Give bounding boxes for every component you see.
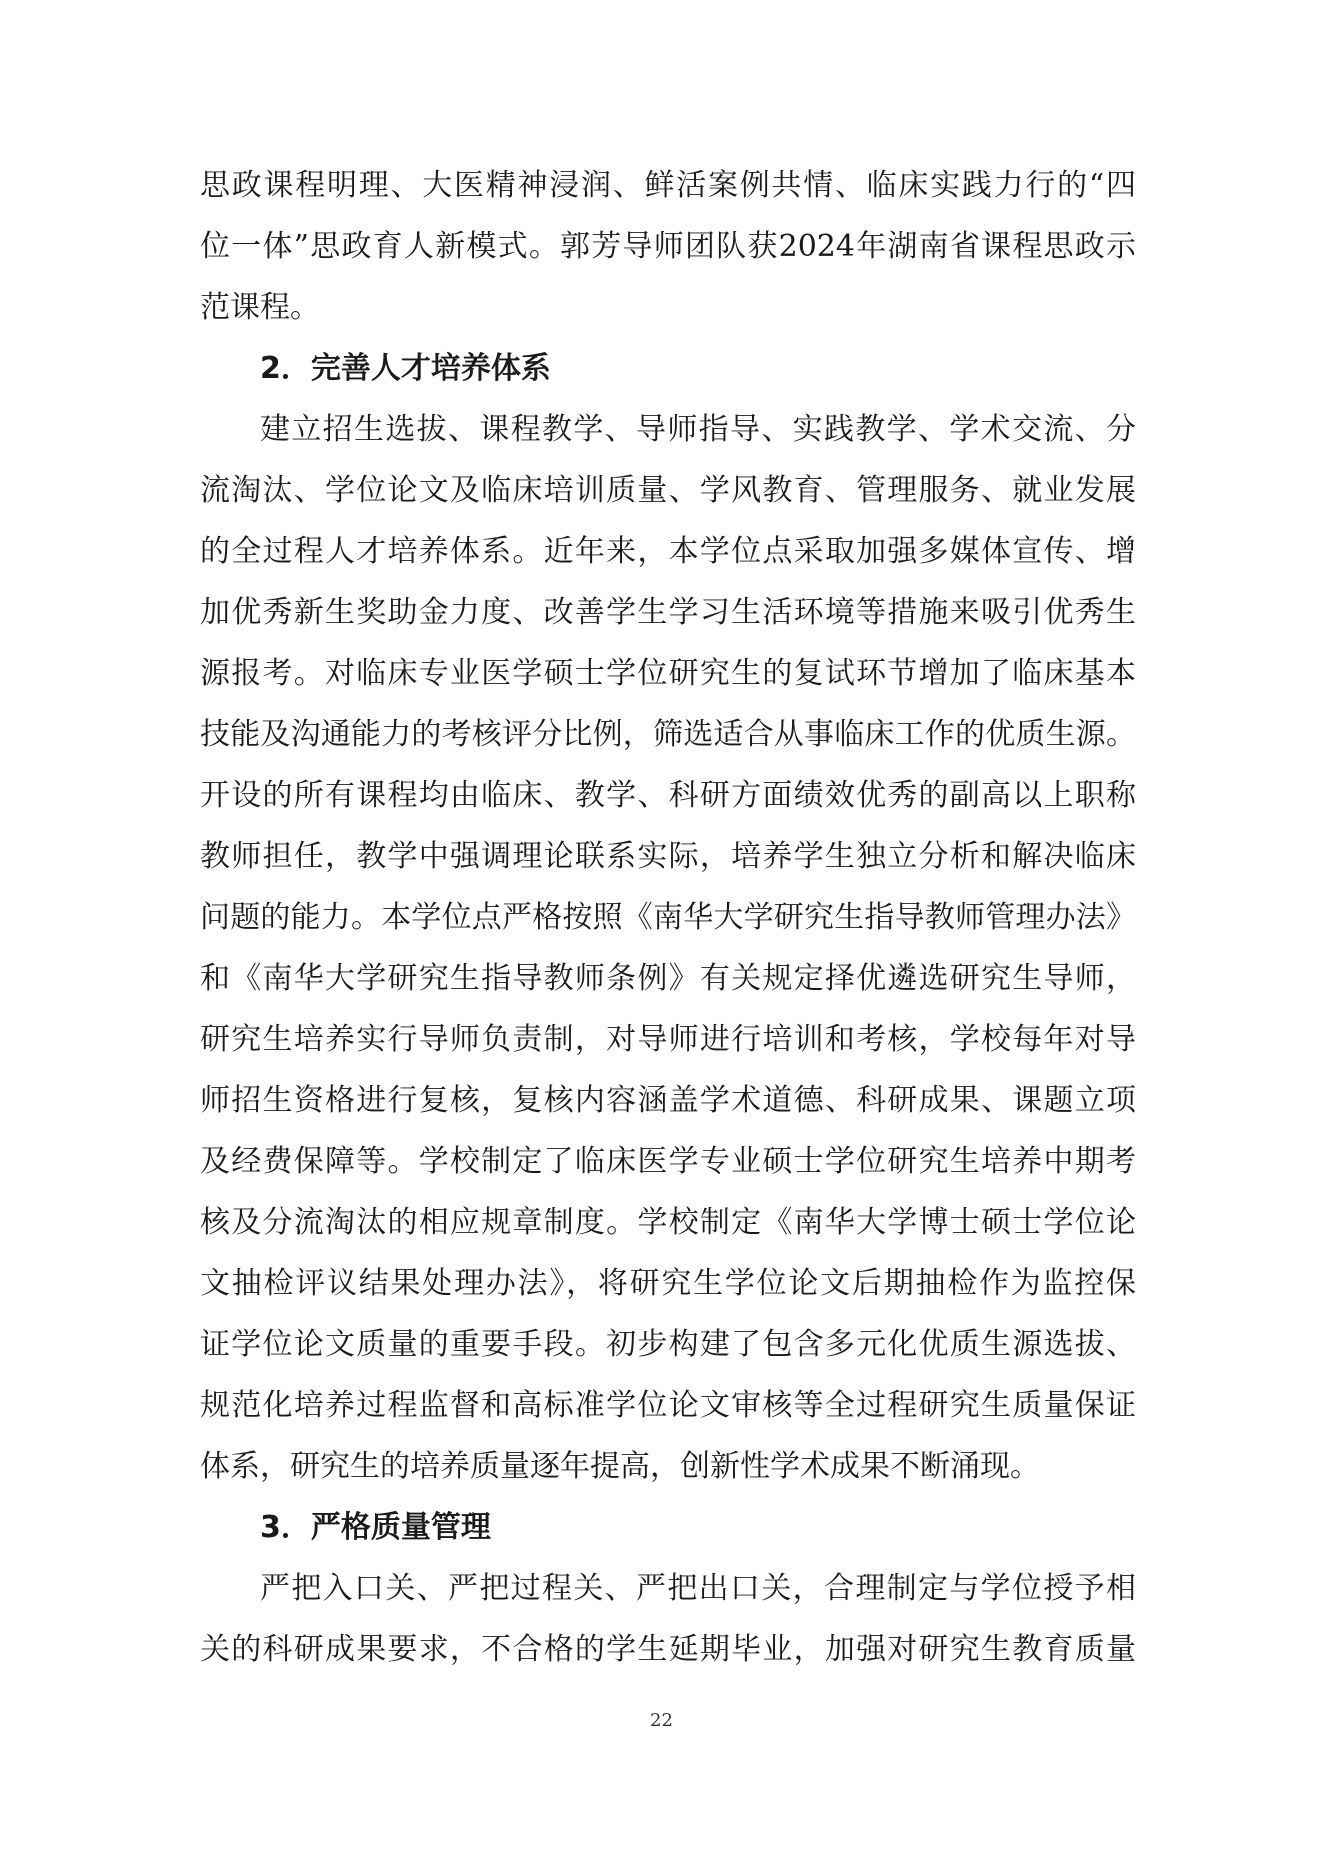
- page-body: 思政课程明理、大医精神浸润、鲜活案例共情、临床实践力行的“四 位一体”思政育人新…: [200, 155, 1136, 1680]
- text-line: 加优秀新生奖助金力度、改善学生学习生活环境等措施来吸引优秀生: [200, 582, 1136, 643]
- text-line: 源报考。对临床专业医学硕士学位研究生的复试环节增加了临床基本: [200, 643, 1136, 704]
- text-line: 核及分流淘汰的相应规章制度。学校制定《南华大学博士硕士学位论: [200, 1192, 1136, 1253]
- paragraph-continued: 思政课程明理、大医精神浸润、鲜活案例共情、临床实践力行的“四 位一体”思政育人新…: [200, 155, 1136, 338]
- text-line: 问题的能力。本学位点严格按照《南华大学研究生指导教师管理办法》: [200, 887, 1136, 948]
- text-line: 研究生培养实行导师负责制，对导师进行培训和考核，学校每年对导: [200, 1009, 1136, 1070]
- text-line: 思政课程明理、大医精神浸润、鲜活案例共情、临床实践力行的“四: [200, 155, 1136, 216]
- page-number: 22: [0, 1710, 1323, 1731]
- text-line: 开设的所有课程均由临床、教学、科研方面绩效优秀的副高以上职称: [200, 765, 1136, 826]
- section-heading: 2．完善人才培养体系: [200, 338, 1136, 399]
- text-line: 教师担任，教学中强调理论联系实际，培养学生独立分析和解决临床: [200, 826, 1136, 887]
- text-line: 位一体”思政育人新模式。郭芳导师团队获2024年湖南省课程思政示: [200, 216, 1136, 277]
- text-line: 的全过程人才培养体系。近年来，本学位点采取加强多媒体宣传、增: [200, 521, 1136, 582]
- text-line: 证学位论文质量的重要手段。初步构建了包含多元化优质生源选拔、: [200, 1314, 1136, 1375]
- paragraph: 严把入口关、严把过程关、严把出口关，合理制定与学位授予相 关的科研成果要求，不合…: [200, 1558, 1136, 1680]
- text-line: 规范化培养过程监督和高标准学位论文审核等全过程研究生质量保证: [200, 1375, 1136, 1436]
- text-line: 关的科研成果要求，不合格的学生延期毕业，加强对研究生教育质量: [200, 1619, 1136, 1680]
- text-line: 体系，研究生的培养质量逐年提高，创新性学术成果不断涌现。: [200, 1436, 1136, 1497]
- text-line: 文抽检评议结果处理办法》，将研究生学位论文后期抽检作为监控保: [200, 1253, 1136, 1314]
- text-line: 范课程。: [200, 277, 1136, 338]
- text-line: 师招生资格进行复核，复核内容涵盖学术道德、科研成果、课题立项: [200, 1070, 1136, 1131]
- paragraph: 建立招生选拔、课程教学、导师指导、实践教学、学术交流、分 流淘汰、学位论文及临床…: [200, 399, 1136, 1497]
- text-line: 技能及沟通能力的考核评分比例，筛选适合从事临床工作的优质生源。: [200, 704, 1136, 765]
- text-line: 和《南华大学研究生指导教师条例》有关规定择优遴选研究生导师，: [200, 948, 1136, 1009]
- document-page: 思政课程明理、大医精神浸润、鲜活案例共情、临床实践力行的“四 位一体”思政育人新…: [0, 0, 1323, 1871]
- text-line: 建立招生选拔、课程教学、导师指导、实践教学、学术交流、分: [200, 399, 1136, 460]
- text-line: 严把入口关、严把过程关、严把出口关，合理制定与学位授予相: [200, 1558, 1136, 1619]
- text-line: 及经费保障等。学校制定了临床医学专业硕士学位研究生培养中期考: [200, 1131, 1136, 1192]
- text-line: 流淘汰、学位论文及临床培训质量、学风教育、管理服务、就业发展: [200, 460, 1136, 521]
- section-heading: 3．严格质量管理: [200, 1497, 1136, 1558]
